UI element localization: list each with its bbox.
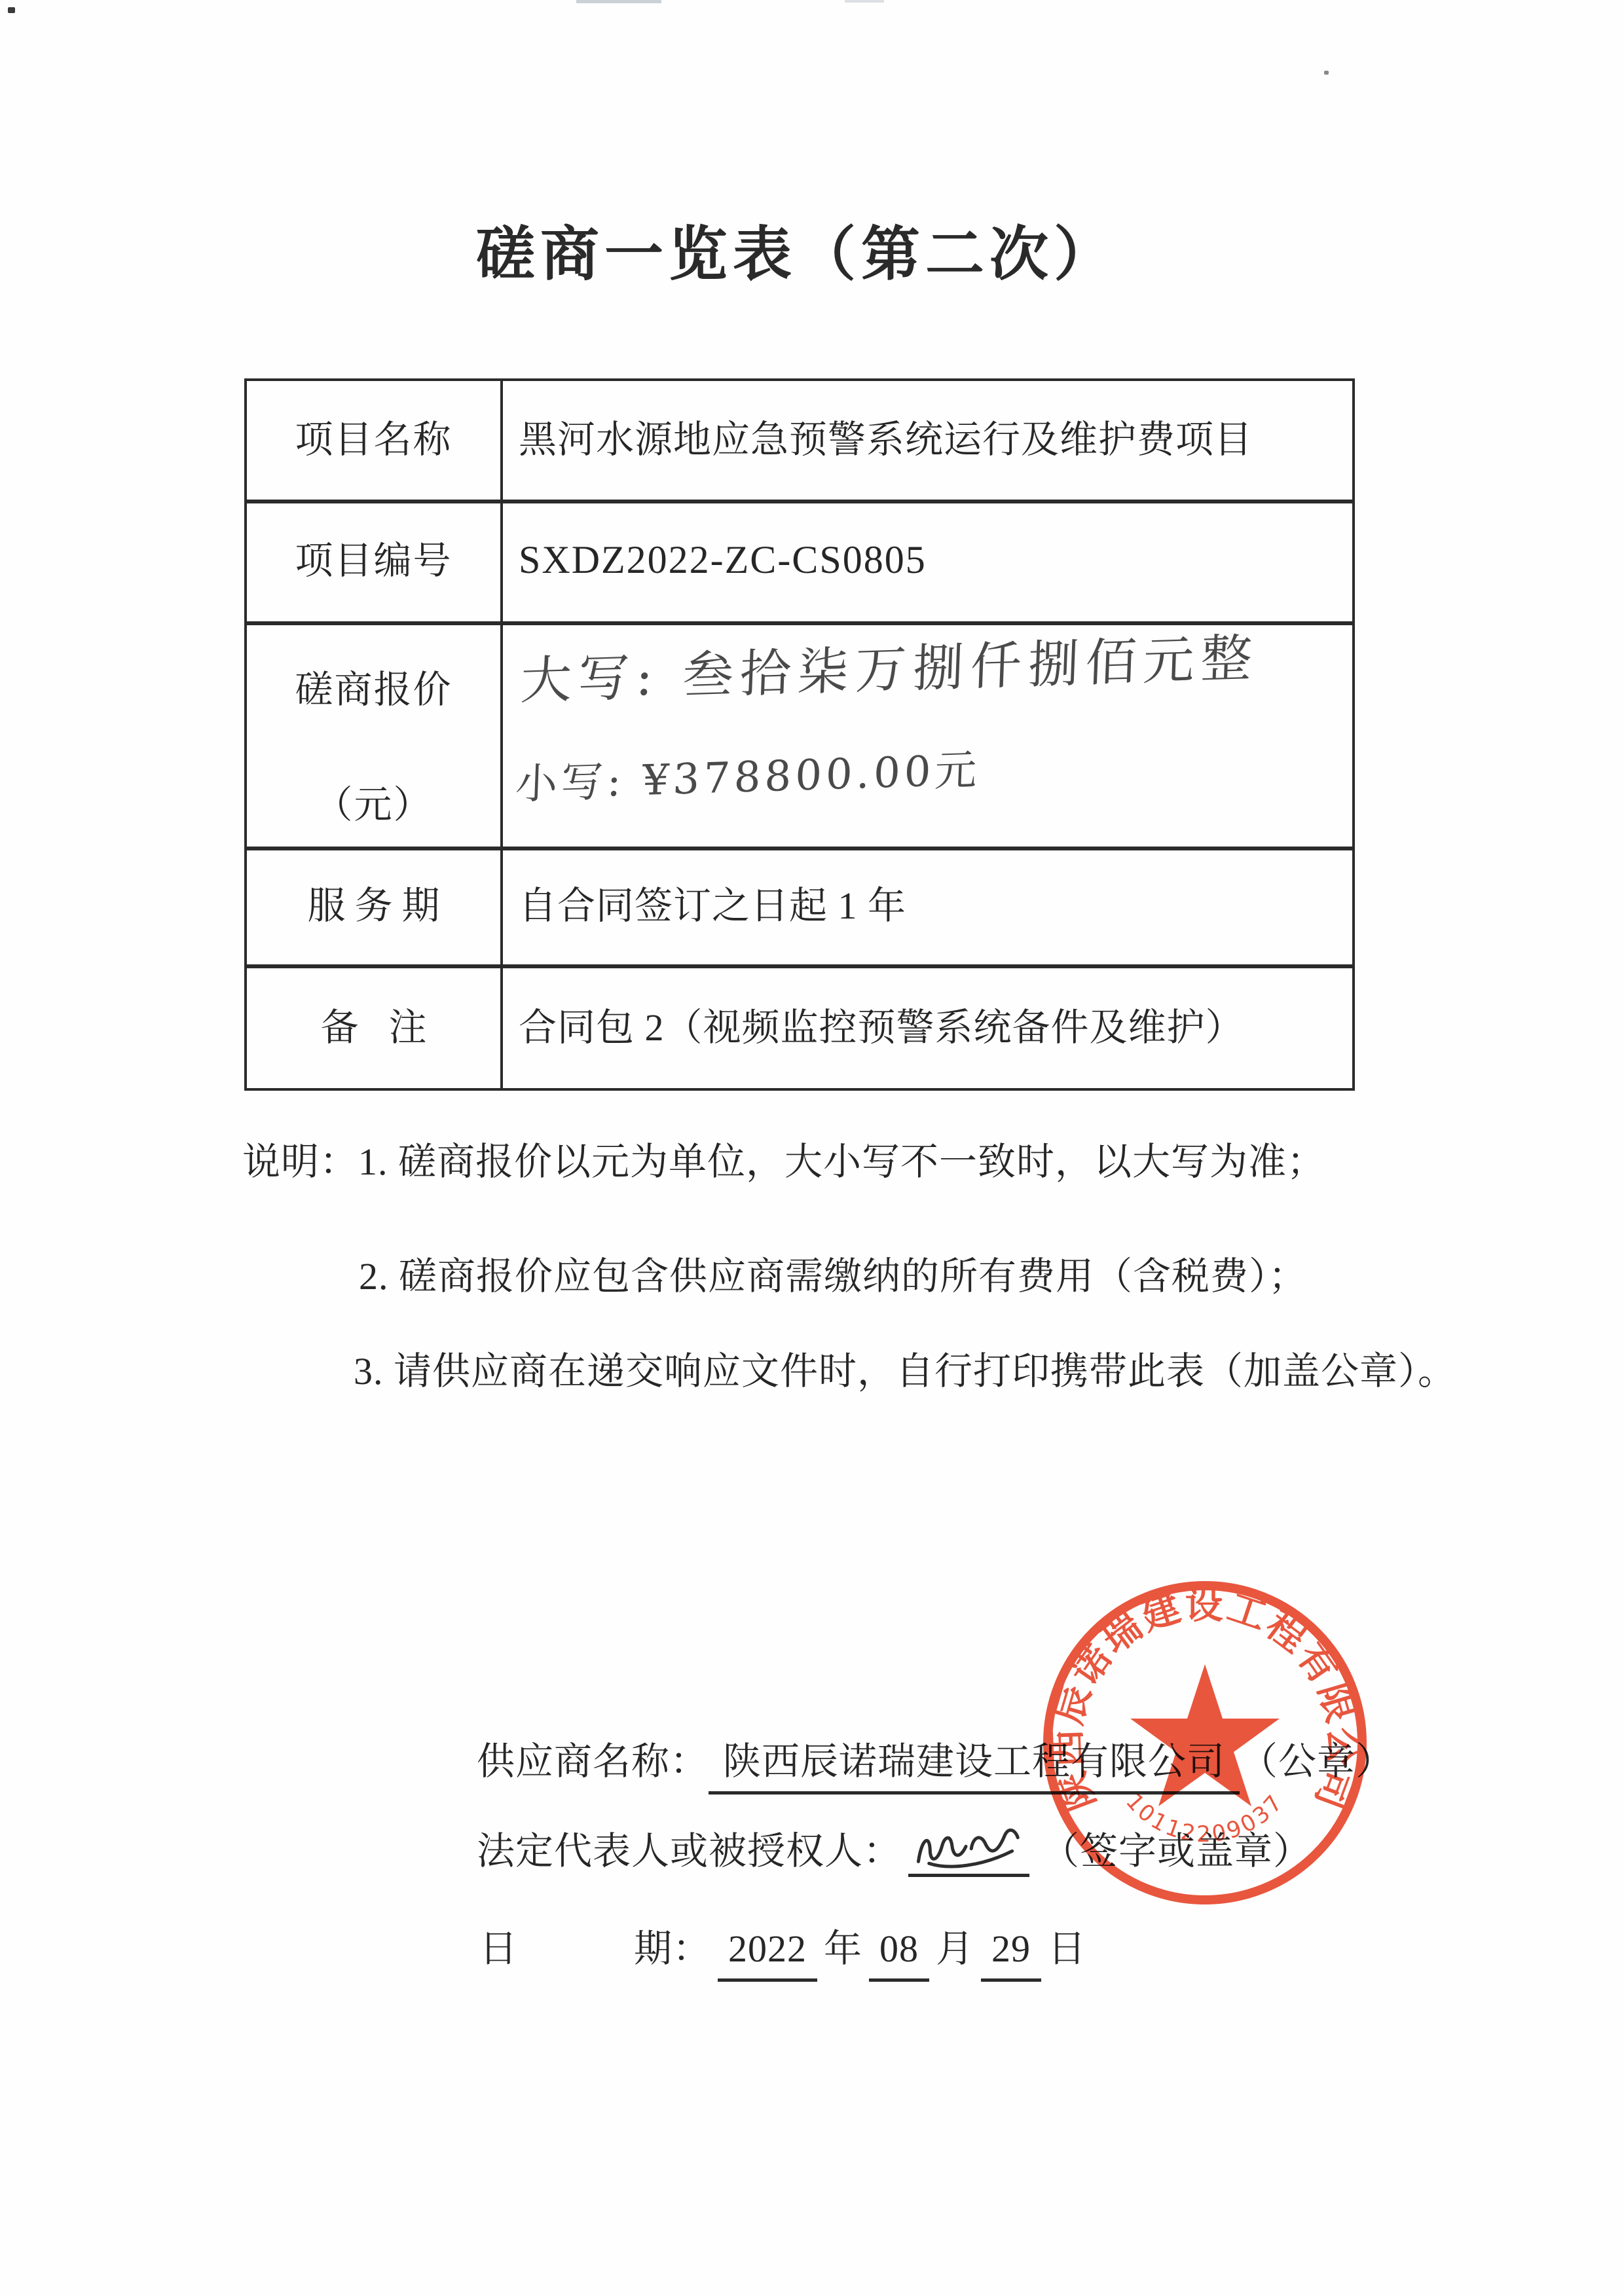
- scan-speck: [8, 7, 15, 13]
- table-row-divider: [247, 621, 1352, 625]
- page-title: 磋商一览表（第二次）: [0, 223, 1594, 288]
- scan-smudge: [845, 0, 884, 3]
- row-project-name-value: 黑河水源地应急预警系统运行及维护费项目: [519, 417, 1253, 463]
- signature-scribble: [908, 1820, 1029, 1872]
- row-remarks-label: 备注: [247, 1005, 500, 1051]
- seal-star-icon: [1130, 1664, 1280, 1806]
- handwritten-signature: [908, 1821, 1029, 1877]
- date-day: 29: [981, 1922, 1041, 1982]
- date-label: 日 期：: [479, 1927, 711, 1970]
- table-row-divider: [247, 847, 1352, 850]
- notes-item-1: 1. 磋商报价以元为单位，大小写不一致时，以大写为准；: [358, 1140, 1325, 1183]
- row-project-name-label: 项目名称: [247, 417, 500, 463]
- date-month-unit: 月: [936, 1927, 974, 1970]
- price-capital-prefix: 大写:: [519, 647, 661, 711]
- seal-graphics: 陕西辰诺瑞建设工程有限公司 6101122090379: [1019, 1557, 1364, 1900]
- row-remarks-value: 合同包 2（视频监控预警系统备件及维护）: [519, 1005, 1244, 1051]
- table-row-divider: [247, 500, 1352, 503]
- date-line: 日 期：2022年08月29日: [479, 1922, 1086, 1982]
- date-year-unit: 年: [824, 1927, 862, 1970]
- representative-label: 法定代表人或被授权人：: [477, 1830, 902, 1872]
- row-project-number-value: SXDZ2022-ZC-CS0805: [519, 537, 927, 583]
- scanned-document-page: 磋商一览表（第二次） 项目名称 黑河水源地应急预警系统运行及维护费项目 项目编号…: [0, 0, 1624, 2296]
- date-year: 2022: [718, 1922, 817, 1982]
- row-price-label: 磋商报价: [247, 667, 500, 713]
- table-column-divider: [500, 381, 503, 1088]
- summary-table: 项目名称 黑河水源地应急预警系统运行及维护费项目 项目编号 SXDZ2022-Z…: [244, 378, 1355, 1091]
- price-small-value: ¥378800.00元: [641, 746, 981, 805]
- company-seal-stamp: 陕西辰诺瑞建设工程有限公司 6101122090379: [1019, 1557, 1391, 1929]
- price-small-prefix: 小写:: [515, 757, 626, 809]
- notes-line-3: 3. 请供应商在递交响应文件时，自行打印携带此表（加盖公章）。: [354, 1348, 1456, 1395]
- notes-line-1: 说明：1. 磋商报价以元为单位，大小写不一致时，以大写为准；: [242, 1139, 1325, 1186]
- date-month: 08: [869, 1922, 929, 1982]
- table-row-divider: [247, 964, 1352, 968]
- price-capital-line: 大写: 叁拾柒万捌仟捌佰元整: [519, 630, 1259, 711]
- row-service-period-label: 服务期: [247, 883, 500, 929]
- supplier-label: 供应商名称：: [477, 1740, 709, 1783]
- scan-smudge: [576, 0, 661, 3]
- notes-line-2: 2. 磋商报价应包含供应商需缴纳的所有费用（含税费）；: [359, 1253, 1307, 1300]
- scan-speck: [1324, 71, 1329, 75]
- price-small-line: 小写: ¥378800.00元: [515, 746, 982, 809]
- row-price-label-unit: （元）: [247, 782, 500, 828]
- row-project-number-label: 项目编号: [247, 538, 500, 584]
- row-service-period-value: 自合同签订之日起 1 年: [519, 883, 906, 929]
- notes-lead: 说明：: [242, 1140, 358, 1183]
- date-day-unit: 日: [1048, 1927, 1086, 1970]
- price-capital-value: 叁拾柒万捌仟捌佰元整: [681, 629, 1259, 706]
